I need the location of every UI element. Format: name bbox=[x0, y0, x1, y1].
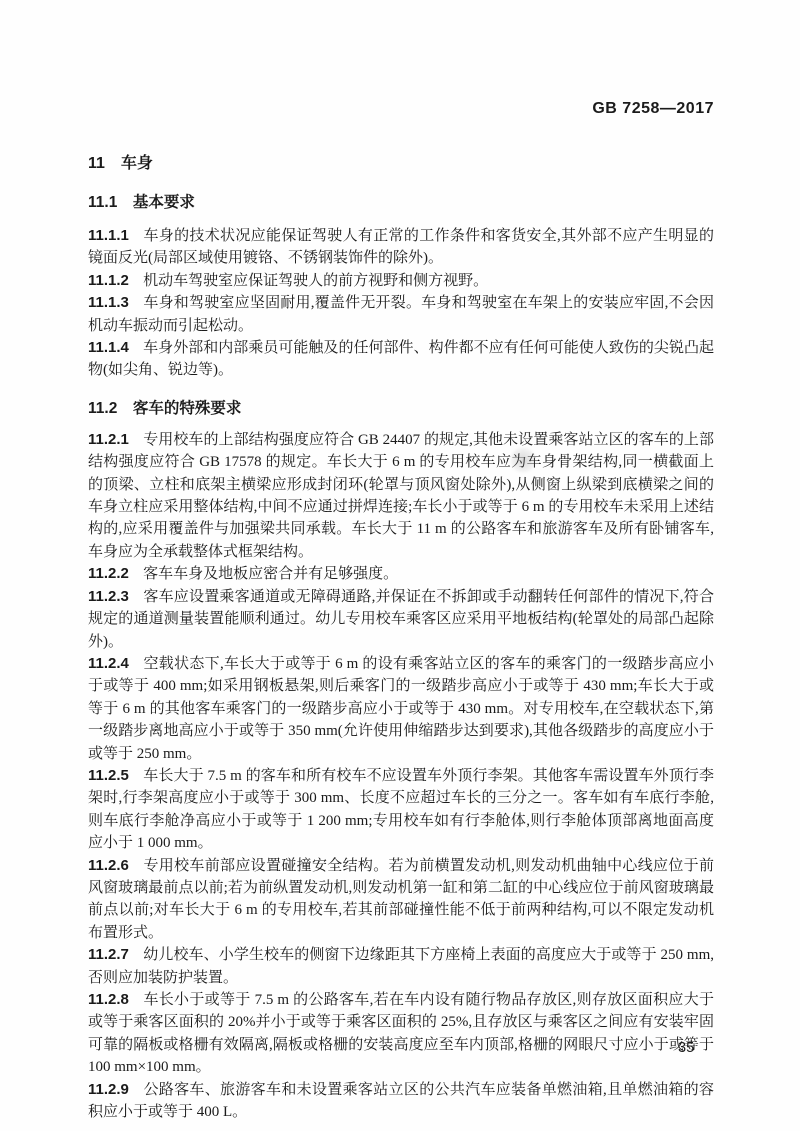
page-content: GB 7258—2017 11车身 11.1基本要求 11.1.1车身的技术状况… bbox=[88, 0, 714, 1123]
section-heading-11-1: 11.1基本要求 bbox=[88, 190, 714, 212]
clause-number: 11.1.2 bbox=[88, 272, 129, 289]
clause-number: 11.2.8 bbox=[88, 991, 129, 1008]
clause-text: 幼儿校车、小学生校车的侧窗下边缘距其下方座椅上表面的高度应大于或等于 250 m… bbox=[88, 947, 714, 985]
clause-text: 车身外部和内部乘员可能触及的任何部件、构件都不应有任何可能使人致伤的尖锐凸起物(… bbox=[88, 340, 714, 378]
clause-text: 车长小于或等于 7.5 m 的公路客车,若在车内设有随行物品存放区,则存放区面积… bbox=[88, 992, 714, 1075]
clause-11-2-2: 11.2.2客车车身及地板应密合并有足够强度。 bbox=[88, 563, 714, 585]
standard-code: GB 7258—2017 bbox=[88, 100, 714, 118]
clause-number: 11.2.9 bbox=[88, 1081, 129, 1098]
clause-11-2-5: 11.2.5车长大于 7.5 m 的客车和所有校车不应设置车外顶行李架。其他客车… bbox=[88, 765, 714, 855]
clause-number: 11.2.6 bbox=[88, 857, 129, 874]
clause-11-1-1: 11.1.1车身的技术状况应能保证驾驶人有正常的工作条件和客货安全,其外部不应产… bbox=[88, 225, 714, 270]
clause-text: 机动车驾驶室应保证驾驶人的前方视野和侧方视野。 bbox=[143, 273, 488, 289]
clause-number: 11.2.1 bbox=[88, 431, 129, 448]
page-number: 35 bbox=[678, 1040, 694, 1056]
clause-11-2-1: 11.2.1专用校车的上部结构强度应符合 GB 24407 的规定,其他未设置乘… bbox=[88, 429, 714, 563]
clause-11-2-4: 11.2.4空载状态下,车长大于或等于 6 m 的设有乘客站立区的客车的乘客门的… bbox=[88, 653, 714, 765]
clause-number: 11.2.3 bbox=[88, 588, 129, 605]
section-number: 11.1 bbox=[88, 194, 117, 211]
chapter-number: 11 bbox=[88, 155, 105, 172]
clause-11-1-4: 11.1.4车身外部和内部乘员可能触及的任何部件、构件都不应有任何可能使人致伤的… bbox=[88, 337, 714, 382]
clause-text: 车长大于 7.5 m 的客车和所有校车不应设置车外顶行李架。其他客车需设置车外顶… bbox=[88, 768, 714, 851]
clause-11-1-3: 11.1.3车身和驾驶室应坚固耐用,覆盖件无开裂。车身和驾驶室在车架上的安装应牢… bbox=[88, 292, 714, 337]
section-heading-11-2: 11.2客车的特殊要求 bbox=[88, 396, 714, 418]
clause-text: 空载状态下,车长大于或等于 6 m 的设有乘客站立区的客车的乘客门的一级踏步高应… bbox=[88, 656, 714, 762]
clause-number: 11.2.7 bbox=[88, 946, 129, 963]
clause-number: 11.2.2 bbox=[88, 565, 129, 582]
clause-number: 11.1.1 bbox=[88, 227, 129, 244]
clause-11-2-3: 11.2.3客车应设置乘客通道或无障碍通路,并保证在不拆卸或手动翻转任何部件的情… bbox=[88, 586, 714, 653]
clause-number: 11.2.5 bbox=[88, 767, 129, 784]
clause-11-1-2: 11.1.2机动车驾驶室应保证驾驶人的前方视野和侧方视野。 bbox=[88, 270, 714, 292]
clause-text: 公路客车、旅游客车和未设置乘客站立区的公共汽车应装备单燃油箱,且单燃油箱的容积应… bbox=[88, 1082, 714, 1120]
clause-text: 专用校车的上部结构强度应符合 GB 24407 的规定,其他未设置乘客站立区的客… bbox=[88, 432, 714, 560]
clause-text: 车身的技术状况应能保证驾驶人有正常的工作条件和客货安全,其外部不应产生明显的镜面… bbox=[88, 228, 714, 266]
clause-number: 11.1.4 bbox=[88, 339, 129, 356]
clause-11-2-6: 11.2.6专用校车前部应设置碰撞安全结构。若为前横置发动机,则发动机曲轴中心线… bbox=[88, 855, 714, 945]
clause-11-2-7: 11.2.7幼儿校车、小学生校车的侧窗下边缘距其下方座椅上表面的高度应大于或等于… bbox=[88, 944, 714, 989]
section-title-text: 基本要求 bbox=[133, 194, 195, 211]
clause-text: 车身和驾驶室应坚固耐用,覆盖件无开裂。车身和驾驶室在车架上的安装应牢固,不会因机… bbox=[88, 295, 714, 333]
clause-text: 客车车身及地板应密合并有足够强度。 bbox=[143, 566, 398, 582]
clause-11-2-8: 11.2.8车长小于或等于 7.5 m 的公路客车,若在车内设有随行物品存放区,… bbox=[88, 989, 714, 1079]
clause-number: 11.2.4 bbox=[88, 655, 129, 672]
chapter-heading: 11车身 bbox=[88, 150, 714, 173]
section-title-text: 客车的特殊要求 bbox=[133, 400, 242, 417]
document-page: GB 7258—2017 11车身 11.1基本要求 11.1.1车身的技术状况… bbox=[0, 0, 800, 1131]
chapter-title-text: 车身 bbox=[121, 155, 153, 172]
section-number: 11.2 bbox=[88, 400, 117, 417]
clause-11-2-9: 11.2.9公路客车、旅游客车和未设置乘客站立区的公共汽车应装备单燃油箱,且单燃… bbox=[88, 1079, 714, 1124]
clause-number: 11.1.3 bbox=[88, 294, 129, 311]
clause-text: 专用校车前部应设置碰撞安全结构。若为前横置发动机,则发动机曲轴中心线应位于前风窗… bbox=[88, 858, 714, 941]
clause-text: 客车应设置乘客通道或无障碍通路,并保证在不拆卸或手动翻转任何部件的情况下,符合规… bbox=[88, 589, 714, 650]
